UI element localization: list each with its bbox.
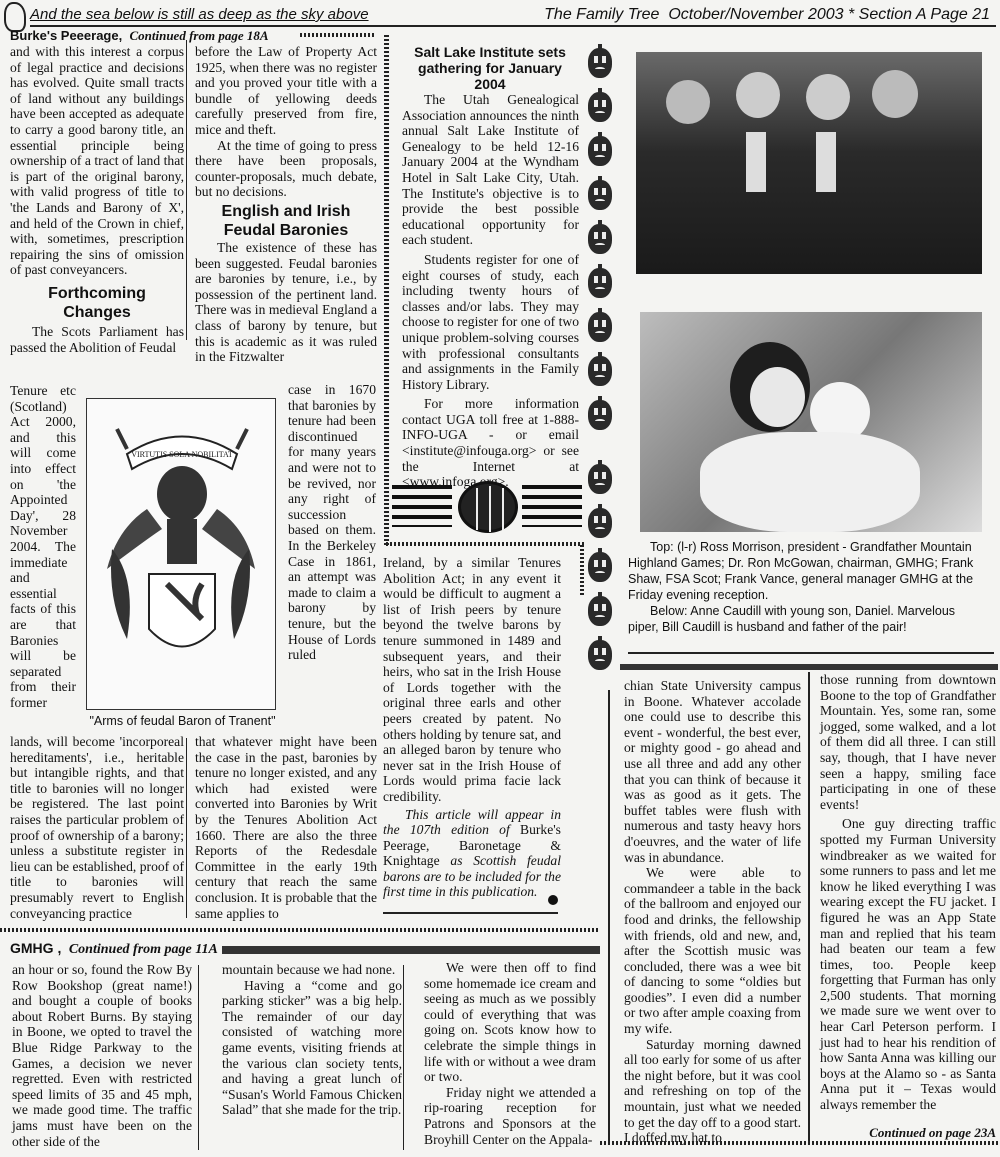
coat-of-arms-figure: VIRTUTIS SOLA NOBILITAT bbox=[86, 398, 276, 710]
saltlake-body: The Utah Genealogical Association announ… bbox=[402, 92, 579, 490]
svg-text:VIRTUTIS SOLA NOBILITAT: VIRTUTIS SOLA NOBILITAT bbox=[131, 450, 233, 459]
burkes-col2-narrow: case in 1670 that baronies by tenure had… bbox=[288, 382, 376, 663]
saltlake-headline: Salt Lake Institute sets gathering for J… bbox=[405, 44, 575, 92]
gmhg-kicker: GMHG , Continued from page 11A bbox=[10, 940, 240, 958]
header-tagline: And the sea below is still as deep as th… bbox=[30, 6, 390, 23]
column-divider-ornament bbox=[384, 35, 389, 545]
jack-o-lantern-icon bbox=[588, 640, 612, 670]
paragraph: One guy directing traffic spotted my Fur… bbox=[820, 816, 996, 1112]
burkes-col1-narrow: Tenure etc (Scotland) Act 2000, and this… bbox=[10, 383, 76, 710]
burkes-kicker-title: Burke's Peeerage, bbox=[10, 28, 122, 43]
paragraph: The Utah Genealogical Association announ… bbox=[402, 92, 579, 248]
pumpkin-icon bbox=[458, 481, 518, 533]
paragraph: those running from downtown Boone to the… bbox=[820, 672, 996, 812]
masthead: The Family Tree October/November 2003 * … bbox=[500, 6, 990, 24]
paragraph: At the time of going to press there have… bbox=[195, 138, 377, 200]
article-note: This article will appear in the 107th ed… bbox=[383, 807, 561, 901]
kicker-bar bbox=[222, 946, 600, 954]
column-rule bbox=[403, 965, 404, 1150]
gmhg-col4: chian State University campus in Boone. … bbox=[624, 678, 801, 1146]
jack-o-lantern-icon bbox=[588, 464, 612, 494]
paragraph: before the Law of Property Act 1925, whe… bbox=[195, 44, 377, 138]
jack-o-lantern-icon bbox=[588, 356, 612, 386]
paragraph: chian State University campus in Boone. … bbox=[624, 678, 801, 865]
photo-caption: Top: (l-r) Ross Morrison, president - Gr… bbox=[628, 539, 988, 635]
column-rule bbox=[198, 965, 199, 1150]
continued-on-link[interactable]: Continued on page 23A bbox=[820, 1125, 996, 1141]
kicker-ornament bbox=[300, 33, 375, 37]
paragraph: Students register for one of eight cours… bbox=[402, 252, 579, 392]
paragraph: mountain because we had none. bbox=[222, 962, 402, 978]
jack-o-lantern-icon bbox=[588, 136, 612, 166]
caption-below: Below: Anne Caudill with young son, Dani… bbox=[628, 603, 988, 635]
gmhg-col3: We were then off to find some homemade i… bbox=[424, 960, 596, 1147]
jack-o-lantern-icon bbox=[588, 596, 612, 626]
bottom-border-ornament bbox=[600, 1141, 1000, 1145]
coat-of-arms-caption: "Arms of feudal Baron of Tranent" bbox=[80, 714, 285, 728]
jack-o-lantern-icon bbox=[588, 400, 612, 430]
paragraph: Having a “come and go parking sticker” w… bbox=[222, 978, 402, 1118]
caption-top: Top: (l-r) Ross Morrison, president - Gr… bbox=[628, 539, 988, 603]
gmhg-col5: those running from downtown Boone to the… bbox=[820, 672, 996, 1113]
jack-o-lantern-icon bbox=[588, 268, 612, 298]
paragraph: The Scots Parliament has passed the Abol… bbox=[10, 324, 184, 355]
burkes-col1-top: and with this interest a corpus of legal… bbox=[10, 44, 184, 355]
pumpkin-banner bbox=[392, 475, 582, 541]
end-mark-icon bbox=[548, 895, 558, 905]
caption-rule bbox=[628, 652, 994, 654]
photo-bottom-mother-child bbox=[640, 312, 982, 532]
jack-o-lantern-icon bbox=[588, 224, 612, 254]
jack-o-lantern-icon bbox=[588, 92, 612, 122]
jack-o-lantern-icon bbox=[588, 508, 612, 538]
column-rule bbox=[186, 738, 187, 918]
gmhg-continued: Continued from page 11A bbox=[69, 942, 218, 957]
paragraph: and with this interest a corpus of legal… bbox=[10, 44, 184, 278]
paragraph: We were able to commandeer a table in th… bbox=[624, 865, 801, 1037]
burkes-col3: Ireland, by a similar Tenures Abolition … bbox=[383, 555, 561, 900]
pumpkin-column bbox=[586, 48, 616, 668]
column-rule bbox=[608, 690, 610, 1145]
burkes-col2-top: before the Law of Property Act 1925, whe… bbox=[195, 44, 377, 365]
jack-o-lantern-icon bbox=[588, 180, 612, 210]
paragraph: The existence of these has been suggeste… bbox=[195, 240, 377, 365]
photo-top-reception bbox=[636, 52, 982, 274]
gmhg-col2: mountain because we had none. Having a “… bbox=[222, 962, 402, 1118]
box-border-ornament bbox=[580, 545, 584, 595]
column-rule bbox=[186, 40, 187, 340]
burkes-col2-bottom: that whatever might have been the case i… bbox=[195, 734, 377, 921]
column-rule bbox=[808, 672, 810, 1142]
section-divider-ornament bbox=[0, 928, 600, 932]
header-rule bbox=[30, 25, 996, 27]
coat-of-arms-icon: VIRTUTIS SOLA NOBILITAT bbox=[87, 399, 274, 708]
paragraph: Friday night we attended a rip-roaring r… bbox=[424, 1085, 596, 1147]
jack-o-lantern-icon bbox=[588, 552, 612, 582]
gmhg-top-border bbox=[620, 664, 998, 670]
gmhg-kicker-title: GMHG , bbox=[10, 940, 61, 956]
jack-o-lantern-icon bbox=[588, 312, 612, 342]
gmhg-col1: an hour or so, found the Row By Row Book… bbox=[12, 962, 192, 1149]
paragraph: Ireland, by a similar Tenures Abolition … bbox=[383, 555, 561, 805]
jack-o-lantern-icon bbox=[588, 48, 612, 78]
burkes-continued: Continued from page 18A bbox=[129, 28, 268, 43]
paragraph: Saturday morning dawned all too early fo… bbox=[624, 1037, 801, 1146]
paragraph: We were then off to find some homemade i… bbox=[424, 960, 596, 1085]
box-border-ornament bbox=[386, 542, 586, 546]
article-end-rule bbox=[383, 912, 558, 914]
burkes-col1-bottom: lands, will become 'incorporeal heredita… bbox=[10, 734, 184, 921]
subhead-forthcoming-changes: Forthcoming Changes bbox=[20, 284, 174, 322]
subhead-english-irish: English and Irish Feudal Baronies bbox=[195, 202, 377, 240]
